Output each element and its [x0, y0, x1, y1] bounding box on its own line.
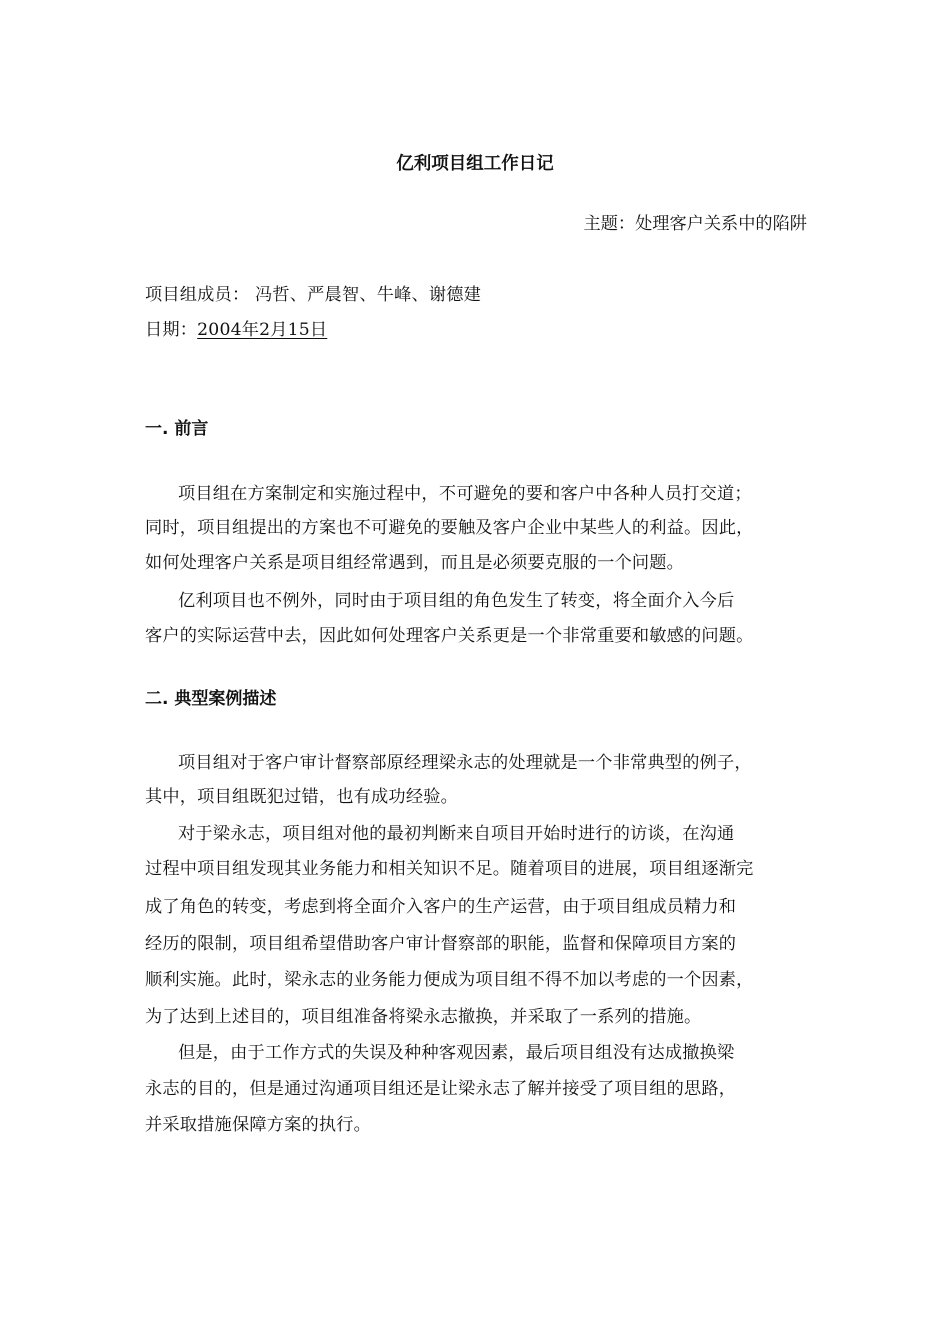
paragraph-line: 如何处理客户关系是项目组经常遇到，而且是必须要克服的一个问题。	[145, 552, 684, 574]
members-label: 项目组成员：	[145, 285, 249, 305]
date-value: 2004年2月15日	[197, 320, 327, 340]
section-heading-case-description: 二. 典型案例描述	[145, 688, 276, 710]
date-label: 日期：	[145, 320, 197, 340]
paragraph-line: 成了角色的转变，考虑到将全面介入客户的生产运营，由于项目组成员精力和	[145, 896, 736, 918]
paragraph-line: 永志的目的，但是通过沟通项目组还是让梁永志了解并接受了项目组的思路，	[145, 1078, 736, 1100]
paragraph-line: 项目组对于客户审计督察部原经理梁永志的处理就是一个非常典型的例子，	[178, 752, 752, 774]
paragraph-line: 过程中项目组发现其业务能力和相关知识不足。随着项目的进展，项目组逐渐完	[145, 858, 754, 880]
paragraph-line: 为了达到上述目的，项目组准备将梁永志撤换，并采取了一系列的措施。	[145, 1006, 701, 1028]
paragraph-line: 客户的实际运营中去，因此如何处理客户关系更是一个非常重要和敏感的问题。	[145, 625, 754, 647]
members-value: 冯哲、严晨智、牛峰、谢德建	[255, 285, 481, 305]
paragraph-line: 项目组在方案制定和实施过程中，不可避免的要和客户中各种人员打交道；	[178, 483, 752, 505]
section-heading-preface: 一. 前言	[145, 418, 208, 440]
members-line: 项目组成员： 冯哲、严晨智、牛峰、谢德建	[145, 284, 481, 306]
paragraph-line: 亿利项目也不例外，同时由于项目组的角色发生了转变，将全面介入今后	[178, 590, 734, 612]
paragraph-line: 并采取措施保障方案的执行。	[145, 1114, 371, 1136]
paragraph-line: 顺利实施。此时，梁永志的业务能力便成为项目组不得不加以考虑的一个因素，	[145, 969, 754, 991]
paragraph-line: 其中，项目组既犯过错，也有成功经验。	[145, 786, 458, 808]
date-line: 日期：2004年2月15日	[145, 319, 327, 341]
paragraph-line: 但是，由于工作方式的失误及种种客观因素，最后项目组没有达成撤换梁	[178, 1042, 734, 1064]
paragraph-line: 经历的限制，项目组希望借助客户审计督察部的职能，监督和保障项目方案的	[145, 933, 736, 955]
document-subject: 主题：处理客户关系中的陷阱	[584, 212, 807, 236]
document-page: 亿利项目组工作日记 主题：处理客户关系中的陷阱 项目组成员： 冯哲、严晨智、牛峰…	[0, 0, 950, 1344]
document-title: 亿利项目组工作日记	[0, 152, 950, 176]
paragraph-line: 同时，项目组提出的方案也不可避免的要触及客户企业中某些人的利益。因此，	[145, 517, 754, 539]
paragraph-line: 对于梁永志，项目组对他的最初判断来自项目开始时进行的访谈，在沟通	[178, 823, 734, 845]
